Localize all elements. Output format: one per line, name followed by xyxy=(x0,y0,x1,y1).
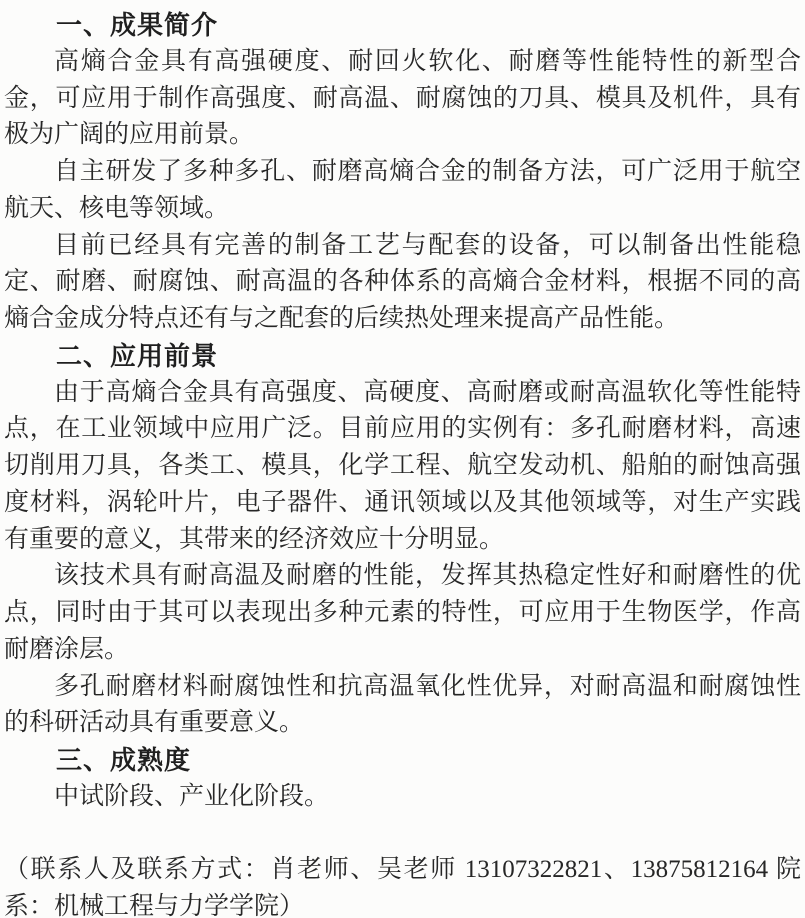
paragraph-alloy-properties: 高熵合金具有高强硬度、耐回火软化、耐磨等性能特性的新型合金，可应用于制作高强度、… xyxy=(4,44,801,154)
section-heading-application-prospect: 二、应用前景 xyxy=(4,338,801,375)
section-heading-achievement-intro: 一、成果简介 xyxy=(4,7,801,44)
paragraph-preparation-methods: 自主研发了多种多孔、耐磨高熵合金的制备方法，可广泛用于航空航天、核电等领域。 xyxy=(4,154,801,228)
paragraph-maturity-stage: 中试阶段、产业化阶段。 xyxy=(4,779,801,816)
paragraph-thermal-stability: 该技术具有耐高温及耐磨的性能，发挥其热稳定性好和耐磨性的优点，同时由于其可以表现… xyxy=(4,558,801,668)
document-page: 一、成果简介 高熵合金具有高强硬度、耐回火软化、耐磨等性能特性的新型合金，可应用… xyxy=(0,0,805,918)
paragraph-porous-materials: 多孔耐磨材料耐腐蚀性和抗高温氧化性优异，对耐高温和耐腐蚀性的科研活动具有重要意义… xyxy=(4,669,801,743)
contact-note: （联系人及联系方式：肖老师、吴老师 13107322821、1387581216… xyxy=(4,852,801,918)
paragraph-process-equipment: 目前已经具有完善的制备工艺与配套的设备，可以制备出性能稳定、耐磨、耐腐蚀、耐高温… xyxy=(4,228,801,338)
paragraph-industrial-applications: 由于高熵合金具有高强度、高硬度、高耐磨或耐高温软化等性能特点，在工业领域中应用广… xyxy=(4,375,801,559)
section-heading-maturity: 三、成熟度 xyxy=(4,742,801,779)
